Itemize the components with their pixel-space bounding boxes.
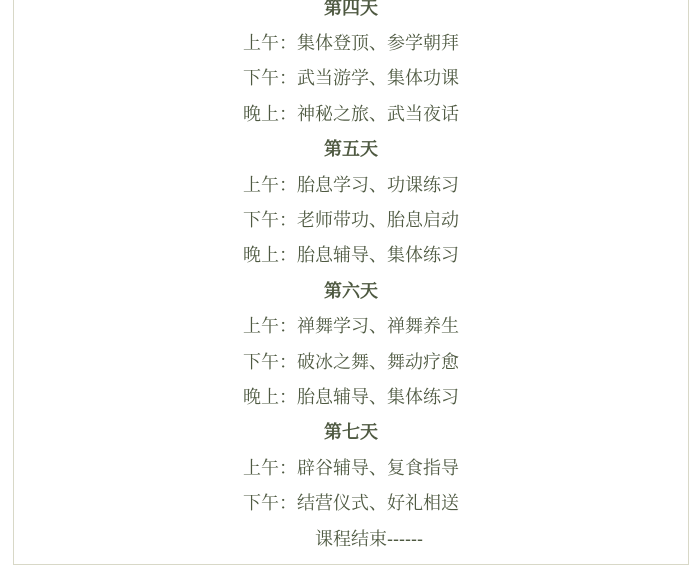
day-5-morning: 上午：胎息学习、功课练习 <box>14 167 688 202</box>
day-7-afternoon: 下午：结营仪式、好礼相送 <box>14 485 688 520</box>
course-schedule: 第四天 上午：集体登顶、参学朝拜 下午：武当游学、集体功课 晚上：神秘之旅、武当… <box>14 0 688 556</box>
day-5-heading: 第五天 <box>14 132 688 167</box>
day-6-heading: 第六天 <box>14 273 688 308</box>
day-7-morning: 上午：辟谷辅导、复食指导 <box>14 450 688 485</box>
day-4-evening: 晚上：神秘之旅、武当夜话 <box>14 96 688 131</box>
day-6-afternoon: 下午：破冰之舞、舞动疗愈 <box>14 344 688 379</box>
day-4-afternoon: 下午：武当游学、集体功课 <box>14 61 688 96</box>
day-6-morning: 上午：禅舞学习、禅舞养生 <box>14 309 688 344</box>
course-schedule-panel: 第四天 上午：集体登顶、参学朝拜 下午：武当游学、集体功课 晚上：神秘之旅、武当… <box>13 0 689 565</box>
day-4-morning: 上午：集体登顶、参学朝拜 <box>14 25 688 60</box>
day-6-evening: 晚上：胎息辅导、集体练习 <box>14 379 688 414</box>
day-4-heading: 第四天 <box>14 0 688 25</box>
day-5-afternoon: 下午：老师带功、胎息启动 <box>14 202 688 237</box>
day-5-evening: 晚上：胎息辅导、集体练习 <box>14 238 688 273</box>
day-7-heading: 第七天 <box>14 415 688 450</box>
course-end-note: 课程结束------ <box>14 521 688 556</box>
